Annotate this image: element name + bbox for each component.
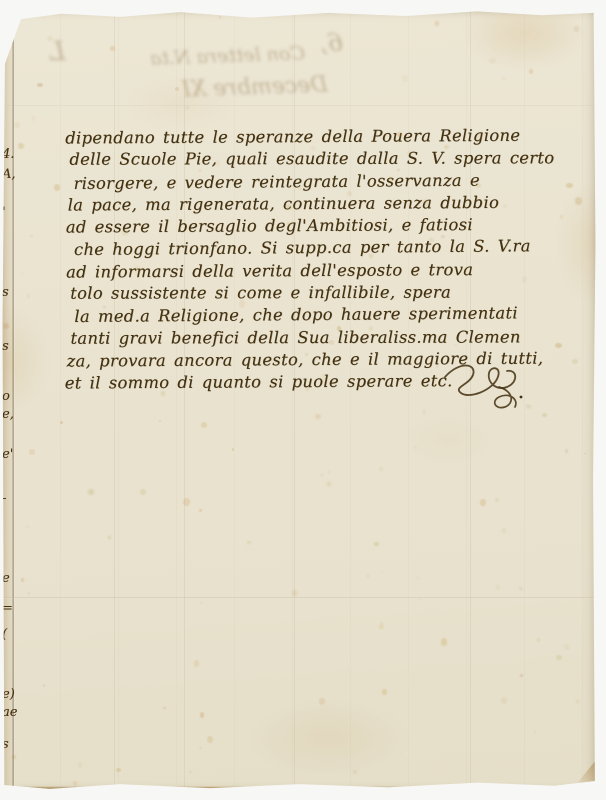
foxing-spot: [247, 541, 251, 545]
foxing-spot: [379, 467, 383, 471]
foxing-spot: [402, 75, 408, 82]
foxing-spot: [37, 83, 43, 87]
foxing-spot: [21, 578, 24, 582]
foxing-spot: [489, 58, 495, 64]
foxing-spot: [319, 698, 325, 705]
foxing-spot: [574, 26, 579, 31]
foxing-spot: [348, 669, 350, 671]
foxing-spot: [201, 602, 203, 603]
manuscript-line: tanti gravi benefici della Sua liberalis…: [70, 326, 570, 350]
foxing-spot: [116, 768, 121, 773]
foxing-spot: [18, 143, 24, 149]
foxing-spot: [464, 415, 466, 417]
foxing-spot: [416, 577, 419, 579]
foxing-spot: [367, 575, 369, 577]
strip-fragment: ae: [2, 705, 13, 720]
foxing-spot: [380, 622, 383, 625]
foxing-spot: [572, 359, 578, 364]
foxing-spot: [189, 771, 192, 773]
strip-fragment: s: [2, 285, 13, 300]
ghost-line: L: [47, 37, 65, 68]
foxing-spot: [60, 421, 62, 424]
foxing-spot: [78, 763, 82, 768]
foxing-spot: [140, 489, 146, 495]
strip-fragment: ': [2, 205, 13, 220]
manuscript-line: ad informarsi della verita dell'esposto …: [66, 258, 566, 283]
strip-fragment: e': [2, 447, 13, 462]
foxing-spot: [382, 689, 387, 694]
foxing-spot: [537, 638, 541, 642]
foxing-spot: [374, 542, 379, 546]
foxing-spot: [353, 770, 357, 774]
ghost-line: Decembre XI: [182, 72, 329, 102]
foxing-spot: [328, 471, 330, 472]
foxing-spot: [556, 655, 561, 661]
strip-fragment: o: [2, 389, 13, 404]
strip-fragment: e,: [2, 407, 13, 422]
foxing-spot: [382, 572, 384, 573]
strip-fragment: s: [2, 339, 13, 354]
foxing-spot: [194, 660, 199, 666]
foxing-spot: [422, 410, 426, 414]
foxing-spot: [232, 448, 234, 451]
foxing-spot: [159, 420, 161, 422]
foxing-spot: [43, 684, 45, 687]
foxing-spot: [575, 197, 582, 205]
foxing-spot: [29, 449, 35, 455]
foxing-spot: [27, 294, 31, 298]
strip-fragment: =: [2, 601, 13, 616]
foxing-spot: [576, 700, 579, 704]
scanned-manuscript: 4.A,'ssoe,e'-e=(e)aes Con lettera N.taDe…: [0, 0, 606, 800]
foxing-spot: [501, 697, 507, 705]
foxing-spot: [502, 77, 506, 80]
foxing-spot: [496, 585, 500, 590]
foxing-spot: [175, 87, 179, 91]
horizontal-crease: [2, 105, 596, 107]
foxing-spot: [32, 116, 36, 120]
foxing-spot: [321, 474, 323, 476]
strip-fragment: e): [2, 687, 13, 702]
foxing-spot: [21, 273, 23, 275]
foxing-spot: [529, 69, 533, 73]
foxing-spot: [379, 625, 384, 629]
strip-fragment: s: [2, 737, 13, 752]
foxing-spot: [315, 414, 321, 419]
foxing-spot: [495, 498, 499, 502]
manuscript-line: la med.a Religione, che dopo hauere sper…: [74, 302, 574, 328]
foxing-spot: [108, 536, 110, 539]
foxing-spot: [480, 499, 486, 506]
foxing-spot: [534, 731, 536, 733]
foxing-spot: [201, 422, 207, 428]
manuscript-line: la pace, ma rigenerata, continuera senza…: [68, 191, 568, 216]
foxing-spot: [207, 736, 213, 743]
foxing-spot: [584, 453, 586, 454]
strip-fragment: A,: [2, 167, 13, 182]
strip-fragment: e: [2, 571, 13, 586]
manuscript-line: dipendano tutte le speranze della Pouera…: [65, 124, 565, 149]
paraph-flourish: [439, 357, 525, 413]
foxing-spot: [199, 509, 202, 512]
foxing-spot: [30, 235, 33, 237]
foxing-spot: [419, 599, 421, 601]
foxing-spot: [327, 482, 331, 487]
strip-fragment: 4.: [2, 147, 13, 162]
foxing-spot: [441, 638, 448, 646]
manuscript-text-block: dipendano tutte le speranze della Pouera…: [65, 124, 567, 395]
foxing-spot: [28, 592, 30, 595]
foxing-spot: [414, 446, 418, 449]
foxing-spot: [200, 712, 205, 717]
ghost-line: 6,: [320, 29, 344, 58]
foxing-spot: [200, 747, 202, 749]
foxing-spot: [163, 707, 167, 710]
strip-fragment: (: [2, 627, 13, 642]
foxing-spot: [26, 525, 29, 528]
foxing-spot: [565, 449, 568, 453]
foxing-spot: [520, 674, 523, 676]
foxing-spot: [526, 405, 530, 408]
foxing-spot: [502, 528, 507, 533]
foxing-spot: [14, 122, 20, 127]
foxing-spot: [435, 21, 439, 25]
foxing-spot: [88, 489, 94, 495]
manuscript-page: 4.A,'ssoe,e'-e=(e)aes Con lettera N.taDe…: [2, 9, 596, 792]
foxing-spot: [519, 587, 523, 590]
manuscript-line: delle Scuole Pie, quali esaudite dalla S…: [69, 148, 569, 172]
foxing-spot: [564, 644, 571, 650]
deckled-bottom-edge: [2, 787, 596, 792]
horizontal-crease: [2, 597, 596, 599]
foxing-spot: [219, 16, 221, 19]
foxing-spot: [542, 413, 547, 417]
foxing-spot: [54, 184, 60, 192]
corner-tear: [570, 760, 596, 792]
foxing-spot: [493, 49, 495, 50]
strip-fragment: -: [2, 491, 13, 506]
ghost-line: Con lettera N.ta: [150, 42, 306, 69]
foxing-spot: [73, 781, 77, 786]
